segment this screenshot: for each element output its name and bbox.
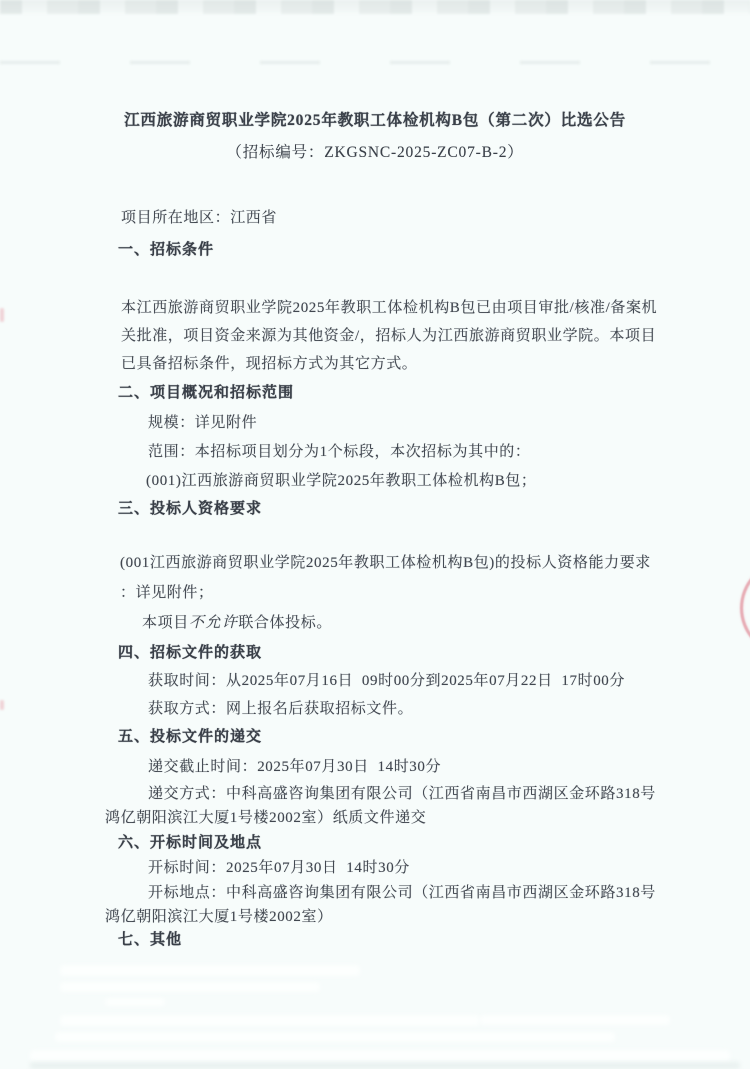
scan-streak-artifact — [0, 61, 750, 64]
edge-speck — [0, 700, 4, 710]
open-time-line: 开标时间：2025年07月30日 14时30分 — [148, 858, 410, 878]
submit-method-line-2: 鸿亿朝阳滨江大厦1号楼2002室）纸质文件递交 — [105, 808, 426, 828]
section-1-heading: 一、招标条件 — [118, 240, 214, 260]
region-line: 项目所在地区：江西省 — [121, 208, 277, 228]
lot-line: (001)江西旅游商贸职业学院2025年教职工体检机构B包； — [146, 471, 537, 491]
open-place-line-2: 鸿亿朝阳滨江大厦1号楼2002室） — [105, 907, 333, 927]
scan-edge-artifact — [0, 0, 750, 14]
tender-number: （招标编号：ZKGSNC-2025-ZC07-B-2） — [0, 143, 750, 163]
bleedthrough-smudge — [60, 982, 320, 992]
bleedthrough-smudge — [30, 1062, 740, 1069]
bleedthrough-smudge — [60, 965, 360, 976]
obtain-time-line: 获取时间：从2025年07月16日 09时00分到2025年07月22日 17时… — [148, 671, 625, 691]
section-2-heading: 二、项目概况和招标范围 — [118, 383, 294, 403]
open-place-line-1: 开标地点：中科高盛咨询集团有限公司（江西省南昌市西湖区金环路318号 — [148, 883, 656, 903]
scale-line: 规模：详见附件 — [148, 413, 257, 433]
section-1-paragraph-line-1: 本江西旅游商贸职业学院2025年教职工体检机构B包已由项目审批/核准/备案机 — [121, 298, 657, 318]
bleedthrough-smudge — [60, 1015, 480, 1026]
consortium-suffix: 联合体投标。 — [238, 615, 332, 631]
section-6-heading: 六、开标时间及地点 — [118, 833, 262, 853]
section-4-heading: 四、招标文件的获取 — [118, 643, 262, 663]
scope-line: 范围：本招标项目划分为1个标段，本次招标为其中的： — [148, 442, 531, 462]
bleedthrough-smudge — [55, 1032, 615, 1042]
section-3-heading: 三、投标人资格要求 — [118, 499, 262, 519]
section-7-heading: 七、其他 — [118, 930, 182, 950]
qualification-line-2: ：详见附件； — [120, 583, 214, 603]
page-title: 江西旅游商贸职业学院2025年教职工体检机构B包（第二次）比选公告 — [0, 111, 750, 131]
obtain-method-line: 获取方式：网上报名后获取招标文件。 — [148, 699, 413, 719]
section-1-paragraph-line-2: 关批准，项目资金来源为其他资金/，招标人为江西旅游商贸职业学院。本项目 — [121, 326, 656, 346]
section-5-heading: 五、投标文件的递交 — [118, 727, 262, 747]
bleedthrough-smudge — [30, 1050, 730, 1062]
scanned-document-page: 江西旅游商贸职业学院2025年教职工体检机构B包（第二次）比选公告 （招标编号：… — [0, 0, 750, 1069]
red-seal-partial — [740, 560, 750, 656]
submit-deadline-line: 递交截止时间：2025年07月30日 14时30分 — [148, 757, 441, 777]
qualification-line-1: (001江西旅游商贸职业学院2025年教职工体检机构B包)的投标人资格能力要求 — [120, 553, 651, 573]
consortium-not-allowed: 不允许 — [189, 615, 239, 631]
consortium-prefix: 本项目 — [142, 615, 189, 631]
consortium-line: 本项目不允许联合体投标。 — [142, 613, 332, 633]
edge-speck — [0, 308, 4, 322]
bleedthrough-smudge — [105, 998, 165, 1006]
submit-method-line-1: 递交方式：中科高盛咨询集团有限公司（江西省南昌市西湖区金环路318号 — [148, 784, 656, 804]
bleedthrough-smudge — [480, 1015, 670, 1025]
section-1-paragraph-line-3: 已具备招标条件，现招标方式为其它方式。 — [121, 354, 417, 374]
